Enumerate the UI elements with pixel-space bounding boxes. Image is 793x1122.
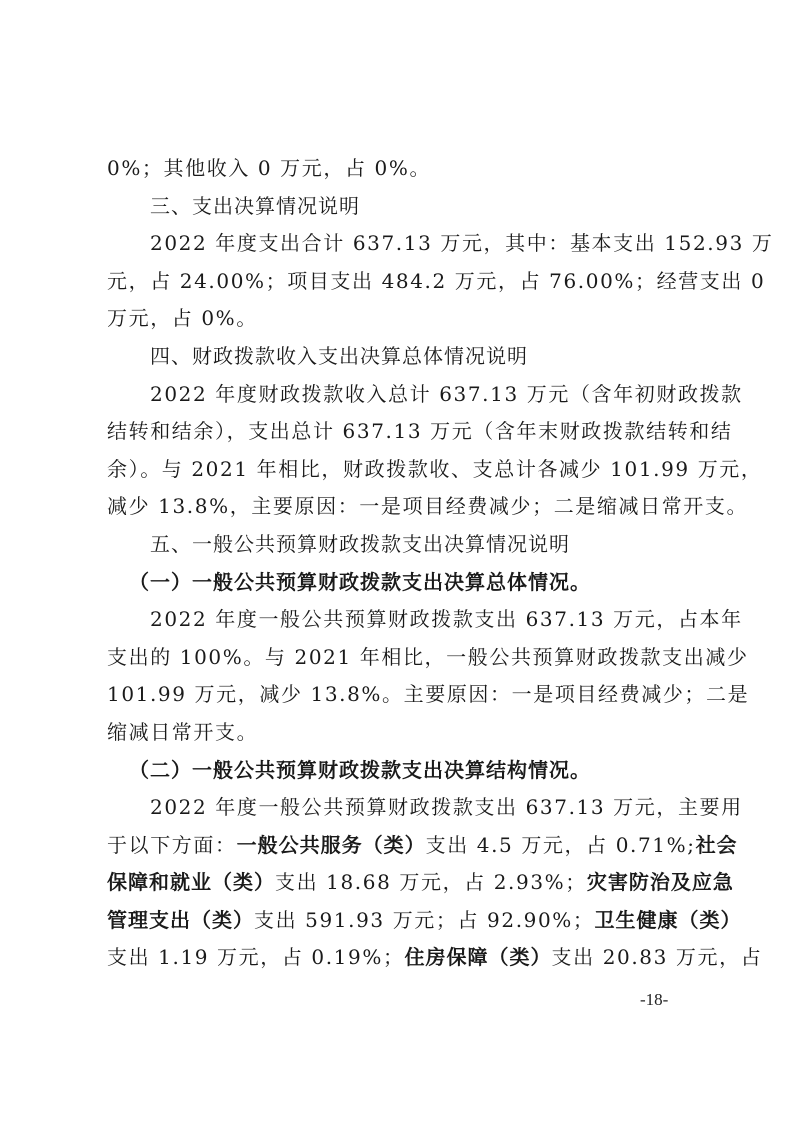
subsection-heading-5-1: （一）一般公共预算财政拨款支出决算总体情况。: [107, 564, 691, 602]
paragraph-line: 于以下方面：一般公共服务（类）支出 4.5 万元，占 0.71%;社会: [107, 827, 691, 865]
paragraph-line: 2022 年度一般公共预算财政拨款支出 637.13 万元，占本年: [107, 601, 691, 639]
paragraph-line: 结转和结余），支出总计 637.13 万元（含年末财政拨款结转和结: [107, 413, 691, 451]
paragraph-line: 余）。与 2021 年相比，财政拨款收、支总计各减少 101.99 万元，: [107, 451, 691, 489]
section-heading-5: 五、一般公共预算财政拨款支出决算情况说明: [107, 526, 691, 564]
category-label: 保障和就业（类）: [107, 870, 275, 894]
category-label: 灾害防治及应急: [587, 870, 734, 894]
text-run: 支出 591.93 万元；占 92.90%；: [254, 908, 595, 932]
paragraph-line: 2022 年度一般公共预算财政拨款支出 637.13 万元，主要用: [107, 789, 691, 827]
document-page: 0%；其他收入 0 万元，占 0%。 三、支出决算情况说明 2022 年度支出合…: [107, 150, 691, 977]
paragraph-line: 管理支出（类）支出 591.93 万元；占 92.90%；卫生健康（类）: [107, 902, 691, 940]
paragraph-line: 101.99 万元，减少 13.8%。主要原因：一是项目经费减少；二是: [107, 676, 691, 714]
text-run: 支出 1.19 万元，占 0.19%；: [107, 945, 405, 969]
paragraph-line: 减少 13.8%，主要原因：一是项目经费减少；二是缩减日常开支。: [107, 488, 691, 526]
paragraph-line: 支出的 100%。与 2021 年相比，一般公共预算财政拨款支出减少: [107, 639, 691, 677]
subsection-heading-5-2: （二）一般公共预算财政拨款支出决算结构情况。: [107, 752, 691, 790]
paragraph-line: 元，占 24.00%；项目支出 484.2 万元，占 76.00%；经营支出 0: [107, 263, 691, 301]
category-label: 社会: [696, 833, 738, 857]
category-label: 卫生健康（类）: [595, 908, 742, 932]
paragraph-line: 保障和就业（类）支出 18.68 万元，占 2.93%；灾害防治及应急: [107, 864, 691, 902]
paragraph-line: 支出 1.19 万元，占 0.19%；住房保障（类）支出 20.83 万元，占: [107, 939, 691, 977]
paragraph-line: 2022 年度财政拨款收入总计 637.13 万元（含年初财政拨款: [107, 376, 691, 414]
paragraph-line: 0%；其他收入 0 万元，占 0%。: [107, 150, 691, 188]
text-run: 支出 20.83 万元，占: [552, 945, 763, 969]
category-label: 管理支出（类）: [107, 908, 254, 932]
text-run: 支出 4.5 万元，占 0.71%;: [426, 833, 696, 857]
paragraph-line: 缩减日常开支。: [107, 714, 691, 752]
section-heading-4: 四、财政拨款收入支出决算总体情况说明: [107, 338, 691, 376]
paragraph-line: 2022 年度支出合计 637.13 万元，其中：基本支出 152.93 万: [107, 225, 691, 263]
page-number: -18-: [640, 990, 668, 1010]
text-run: 支出 18.68 万元，占 2.93%；: [275, 870, 587, 894]
section-heading-3: 三、支出决算情况说明: [107, 188, 691, 226]
text-run: 于以下方面：: [107, 833, 237, 857]
category-label: 一般公共服务（类）: [237, 833, 426, 857]
paragraph-line: 万元，占 0%。: [107, 300, 691, 338]
category-label: 住房保障（类）: [405, 945, 552, 969]
